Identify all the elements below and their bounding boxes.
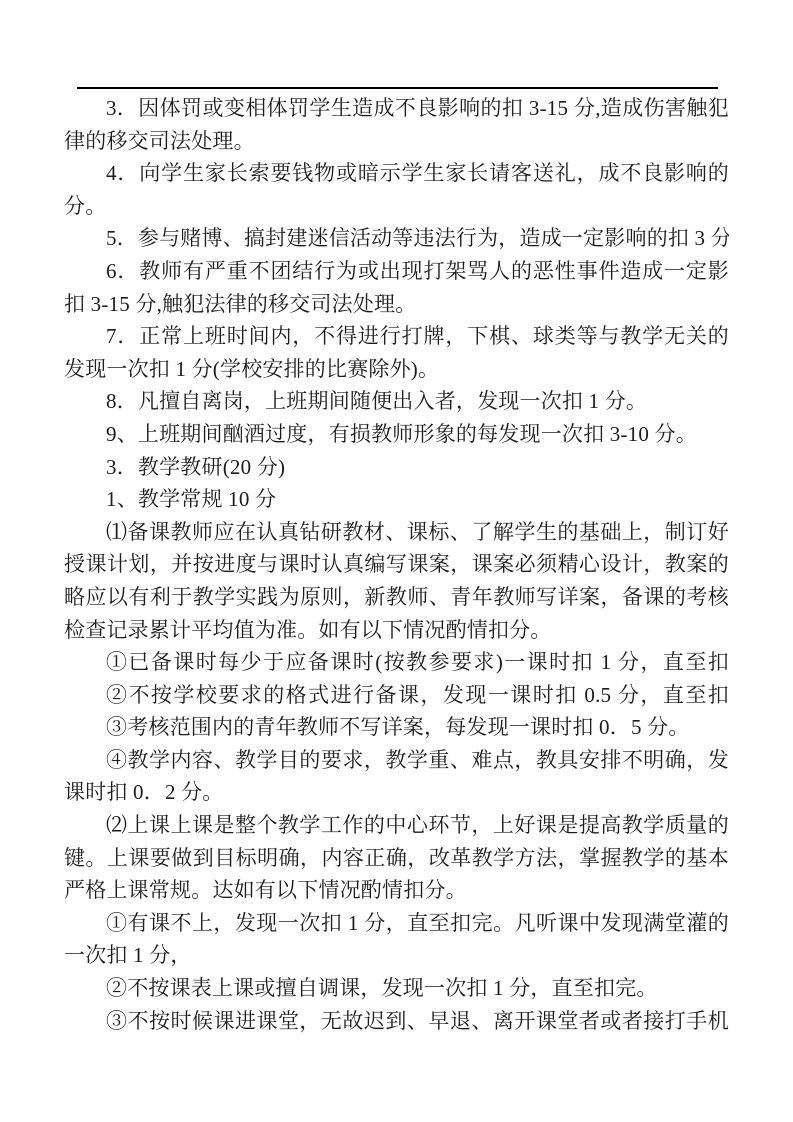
document-line: 发现一次扣 1 分(学校安排的比赛除外)。: [64, 353, 729, 386]
document-line: 4．向学生家长索要钱物或暗示学生家长请客送礼，成不良影响的扣 2: [64, 157, 729, 190]
document-line: ①已备课时每少于应备课时(按教参要求)一课时扣 1 分，直至扣完。: [64, 646, 729, 679]
document-line: 略应以有利于教学实践为原则，新教师、青年教师写详案，备课的考核以: [64, 581, 729, 614]
document-line: ③考核范围内的青年教师不写详案，每发现一课时扣 0．5 分。: [64, 711, 729, 744]
document-line: 律的移交司法处理。: [64, 125, 729, 158]
document-line: 扣 3-15 分,触犯法律的移交司法处理。: [64, 288, 729, 321]
document-line: ⑵上课上课是整个教学工作的中心环节，上好课是提高教学质量的关: [64, 809, 729, 842]
document-line: 一次扣 1 分，: [64, 939, 729, 972]
header-separator-rule: [77, 87, 718, 89]
document-line: 键。上课要做到目标明确，内容正确，改革教学方法，掌握教学的基本功、: [64, 842, 729, 875]
document-line: 9、上班期间酗酒过度，有损教师形象的每发现一次扣 3-10 分。: [64, 418, 729, 451]
document-line: 6．教师有严重不团结行为或出现打架骂人的恶性事件造成一定影响的: [64, 255, 729, 288]
document-line: 8．凡擅自离岗，上班期间随便出入者，发现一次扣 1 分。: [64, 385, 729, 418]
document-line: ②不按课表上课或擅自调课，发现一次扣 1 分，直至扣完。: [64, 972, 729, 1005]
document-line: 3．教学教研(20 分): [64, 451, 729, 484]
document-line: 3．因体罚或变相体罚学生造成不良影响的扣 3-15 分,造成伤害触犯法: [64, 92, 729, 125]
document-line: ⑴备课教师应在认真钻研教材、课标、了解学生的基础上，制订好学期: [64, 516, 729, 549]
document-line: 检查记录累计平均值为准。如有以下情况酌情扣分。: [64, 614, 729, 647]
document-line: ②不按学校要求的格式进行备课，发现一课时扣 0.5 分，直至扣完。: [64, 679, 729, 712]
document-line: ③不按时候课进课堂，无故迟到、早退、离开课堂者或者接打手机等行: [64, 1005, 729, 1038]
document-line: 严格上课常规。达如有以下情况酌情扣分。: [64, 874, 729, 907]
document-line: 分。: [64, 190, 729, 223]
document-line: 授课计划，并按进度与课时认真编写课案，课案必须精心设计，教案的详: [64, 548, 729, 581]
document-line: ①有课不上，发现一次扣 1 分，直至扣完。凡听课中发现满堂灌的老师: [64, 907, 729, 940]
document-line: 1、教学常规 10 分: [64, 483, 729, 516]
document-page: 3．因体罚或变相体罚学生造成不良影响的扣 3-15 分,造成伤害触犯法律的移交司…: [0, 0, 793, 1122]
document-line: ④教学内容、教学目的要求，教学重、难点，教具安排不明确，发现一: [64, 744, 729, 777]
document-line: 5．参与赌博、搞封建迷信活动等违法行为，造成一定影响的扣 3 分。: [64, 222, 729, 255]
document-line: 课时扣 0．2 分。: [64, 776, 729, 809]
document-text: 3．因体罚或变相体罚学生造成不良影响的扣 3-15 分,造成伤害触犯法律的移交司…: [64, 92, 729, 1037]
document-line: 7．正常上班时间内，不得进行打牌，下棋、球类等与教学无关的活动，: [64, 320, 729, 353]
